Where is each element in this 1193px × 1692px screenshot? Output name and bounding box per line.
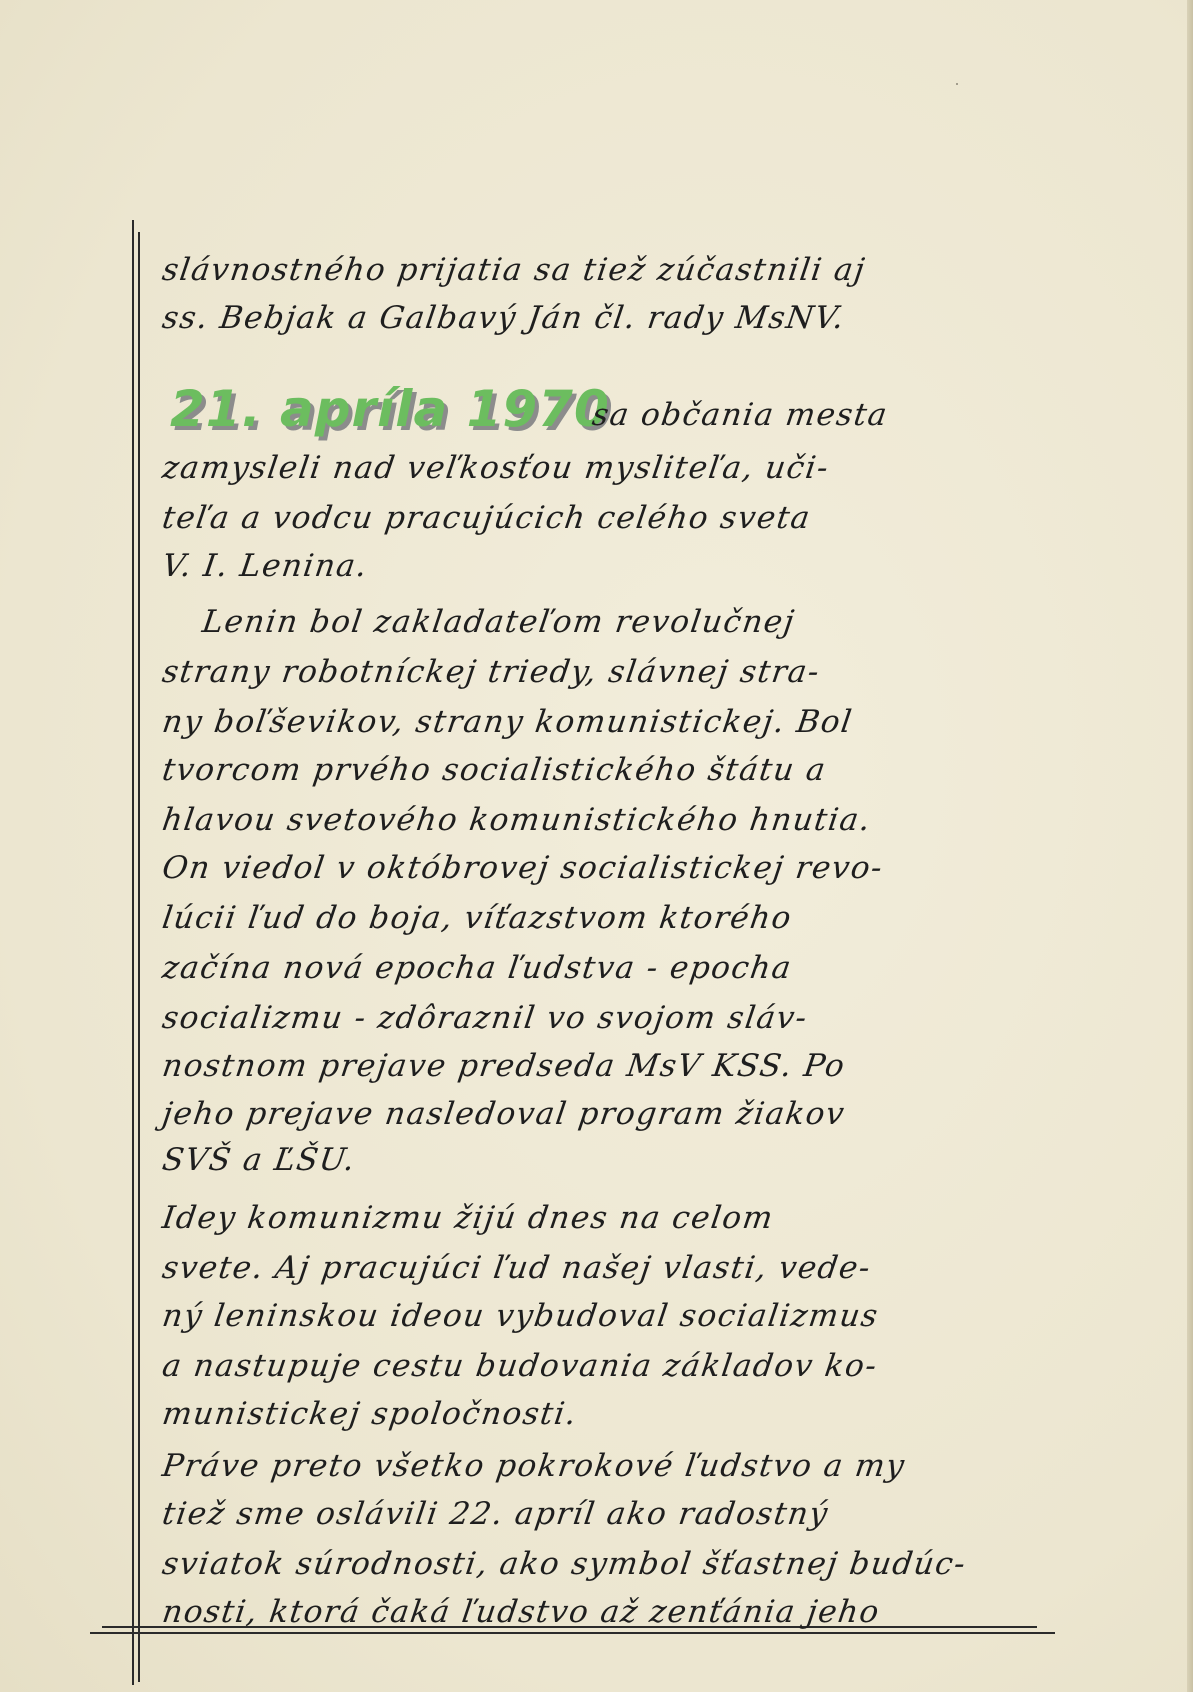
paper-speck — [956, 83, 958, 85]
date-heading: 21. apríla 1970 — [170, 380, 610, 438]
page-edge — [1187, 0, 1193, 1692]
text-line: slávnostného prijatia sa tiež zúčastnili… — [160, 252, 868, 288]
text-line: munistickej spoločnosti. — [160, 1396, 580, 1432]
text-line: hlavou svetového komunistického hnutia. — [160, 802, 874, 838]
text-line: ss. Bebjak a Galbavý Ján čl. rady MsNV. — [160, 300, 847, 336]
text-line: a nastupuje cestu budovania základov ko- — [160, 1348, 880, 1384]
text-line: zamysleli nad veľkosťou mysliteľa, uči- — [160, 450, 832, 486]
chronicle-page: slávnostného prijatia sa tiež zúčastnili… — [0, 0, 1193, 1692]
text-line: nostnom prejave predseda MsV KSS. Po — [160, 1048, 848, 1084]
text-line: Lenin bol zakladateľom revolučnej — [200, 604, 797, 640]
text-line: SVŠ a ĽŠU. — [160, 1142, 358, 1178]
text-line: V. I. Lenina. — [160, 548, 370, 584]
text-line: sa občania mesta — [590, 397, 890, 433]
text-line: ný leninskou ideou vybudoval socializmus — [160, 1298, 881, 1334]
text-line: Práve preto všetko pokrokové ľudstvo a m… — [160, 1448, 908, 1484]
bottom-rule-lower — [90, 1632, 1055, 1634]
text-line: jeho prejave nasledoval program žiakov — [160, 1096, 848, 1132]
text-line: ny boľševikov, strany komunistickej. Bol — [160, 704, 855, 740]
left-margin-rule-inner — [138, 232, 140, 1682]
text-line: Idey komunizmu žijú dnes na celom — [160, 1200, 776, 1236]
left-margin-rule-outer — [132, 220, 134, 1685]
text-line: strany robotníckej triedy, slávnej stra- — [160, 654, 823, 690]
text-line: On viedol v októbrovej socialistickej re… — [160, 850, 886, 886]
text-line: tiež sme oslávili 22. apríl ako radostný — [160, 1496, 831, 1532]
text-line: teľa a vodcu pracujúcich celého sveta — [160, 500, 813, 536]
text-line: začína nová epocha ľudstva - epocha — [160, 950, 794, 986]
text-line: lúcii ľud do boja, víťazstvom ktorého — [160, 900, 794, 936]
text-line: sviatok súrodnosti, ako symbol šťastnej … — [160, 1546, 969, 1582]
text-line: tvorcom prvého socialistického štátu a — [160, 752, 829, 788]
text-line: svete. Aj pracujúci ľud našej vlasti, ve… — [160, 1250, 874, 1286]
text-line: socializmu - zdôraznil vo svojom sláv- — [160, 1000, 810, 1036]
text-line: nosti, ktorá čaká ľudstvo až zenťánia je… — [160, 1594, 882, 1630]
